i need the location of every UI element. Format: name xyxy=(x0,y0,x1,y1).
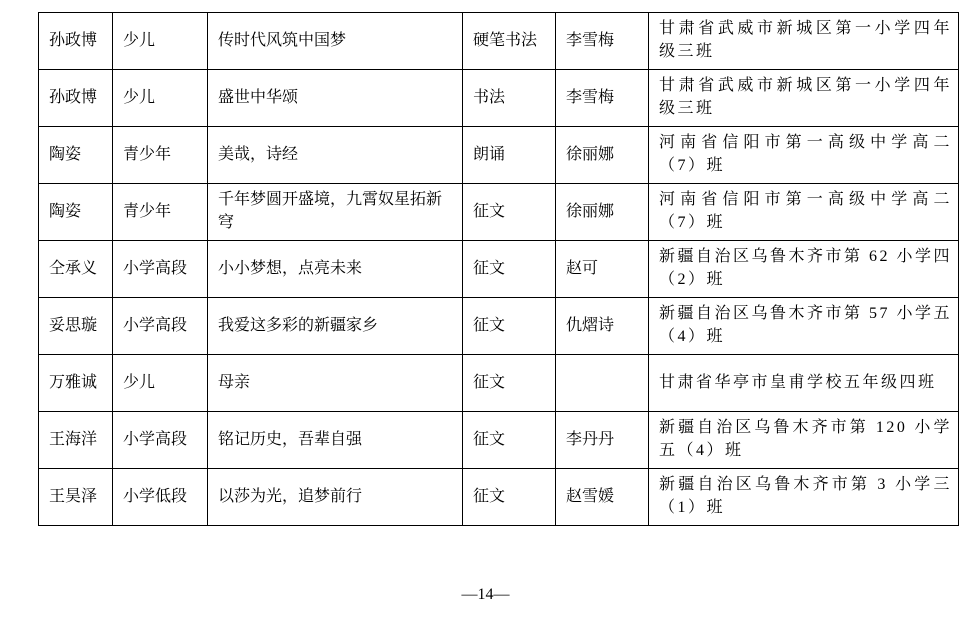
results-table: 孙政博少儿传时代风筑中国梦硬笔书法李雪梅甘肃省武威市新城区第一小学四年级三班孙政… xyxy=(38,12,959,526)
table-row: 王昊泽小学低段以莎为光，追梦前行征文赵雪媛新疆自治区乌鲁木齐市第 3 小学三（1… xyxy=(39,469,959,526)
cell-category: 征文 xyxy=(463,184,556,241)
cell-teacher: 徐丽娜 xyxy=(556,127,649,184)
cell-title: 以莎为光，追梦前行 xyxy=(208,469,463,526)
cell-title: 铭记历史，吾辈自强 xyxy=(208,412,463,469)
cell-name: 王海洋 xyxy=(39,412,113,469)
cell-group: 小学低段 xyxy=(113,469,208,526)
cell-teacher: 赵雪媛 xyxy=(556,469,649,526)
cell-teacher: 李雪梅 xyxy=(556,13,649,70)
cell-group: 小学高段 xyxy=(113,241,208,298)
table-row: 孙政博少儿传时代风筑中国梦硬笔书法李雪梅甘肃省武威市新城区第一小学四年级三班 xyxy=(39,13,959,70)
cell-title: 美哉，诗经 xyxy=(208,127,463,184)
cell-title: 千年梦圆开盛境，九霄奴星拓新穹 xyxy=(208,184,463,241)
cell-group: 青少年 xyxy=(113,127,208,184)
cell-school: 甘肃省华亭市皇甫学校五年级四班 xyxy=(649,355,959,412)
cell-group: 青少年 xyxy=(113,184,208,241)
table-row: 陶姿青少年美哉，诗经朗诵徐丽娜河南省信阳市第一高级中学高二（7）班 xyxy=(39,127,959,184)
cell-group: 少儿 xyxy=(113,70,208,127)
cell-category: 征文 xyxy=(463,412,556,469)
cell-group: 少儿 xyxy=(113,355,208,412)
cell-name: 仝承义 xyxy=(39,241,113,298)
cell-title: 我爱这多彩的新疆家乡 xyxy=(208,298,463,355)
cell-school: 新疆自治区乌鲁木齐市第 3 小学三（1）班 xyxy=(649,469,959,526)
page-number: —14— xyxy=(0,586,971,604)
cell-title: 小小梦想，点亮未来 xyxy=(208,241,463,298)
cell-group: 小学高段 xyxy=(113,298,208,355)
cell-category: 征文 xyxy=(463,469,556,526)
cell-group: 小学高段 xyxy=(113,412,208,469)
cell-teacher: 李雪梅 xyxy=(556,70,649,127)
cell-category: 征文 xyxy=(463,298,556,355)
cell-group: 少儿 xyxy=(113,13,208,70)
table-row: 万雅诚少儿母亲征文甘肃省华亭市皇甫学校五年级四班 xyxy=(39,355,959,412)
cell-name: 妥思璇 xyxy=(39,298,113,355)
table-row: 仝承义小学高段小小梦想，点亮未来征文赵可新疆自治区乌鲁木齐市第 62 小学四（2… xyxy=(39,241,959,298)
cell-category: 朗诵 xyxy=(463,127,556,184)
cell-school: 甘肃省武威市新城区第一小学四年级三班 xyxy=(649,70,959,127)
cell-name: 孙政博 xyxy=(39,13,113,70)
table-row: 孙政博少儿盛世中华颂书法李雪梅甘肃省武威市新城区第一小学四年级三班 xyxy=(39,70,959,127)
cell-teacher: 赵可 xyxy=(556,241,649,298)
cell-school: 新疆自治区乌鲁木齐市第 62 小学四（2）班 xyxy=(649,241,959,298)
results-table-body: 孙政博少儿传时代风筑中国梦硬笔书法李雪梅甘肃省武威市新城区第一小学四年级三班孙政… xyxy=(39,13,959,526)
cell-name: 陶姿 xyxy=(39,184,113,241)
cell-category: 书法 xyxy=(463,70,556,127)
cell-school: 河南省信阳市第一高级中学高二（7）班 xyxy=(649,127,959,184)
cell-title: 母亲 xyxy=(208,355,463,412)
cell-title: 传时代风筑中国梦 xyxy=(208,13,463,70)
cell-category: 硬笔书法 xyxy=(463,13,556,70)
cell-category: 征文 xyxy=(463,355,556,412)
cell-school: 新疆自治区乌鲁木齐市第 120 小学五（4）班 xyxy=(649,412,959,469)
cell-teacher: 徐丽娜 xyxy=(556,184,649,241)
cell-teacher: 仇熠诗 xyxy=(556,298,649,355)
cell-title: 盛世中华颂 xyxy=(208,70,463,127)
cell-category: 征文 xyxy=(463,241,556,298)
cell-school: 甘肃省武威市新城区第一小学四年级三班 xyxy=(649,13,959,70)
cell-school: 新疆自治区乌鲁木齐市第 57 小学五（4）班 xyxy=(649,298,959,355)
cell-name: 陶姿 xyxy=(39,127,113,184)
cell-teacher: 李丹丹 xyxy=(556,412,649,469)
table-row: 陶姿青少年千年梦圆开盛境，九霄奴星拓新穹征文徐丽娜河南省信阳市第一高级中学高二（… xyxy=(39,184,959,241)
cell-name: 孙政博 xyxy=(39,70,113,127)
cell-name: 万雅诚 xyxy=(39,355,113,412)
cell-name: 王昊泽 xyxy=(39,469,113,526)
cell-teacher xyxy=(556,355,649,412)
table-row: 妥思璇小学高段我爱这多彩的新疆家乡征文仇熠诗新疆自治区乌鲁木齐市第 57 小学五… xyxy=(39,298,959,355)
cell-school: 河南省信阳市第一高级中学高二（7）班 xyxy=(649,184,959,241)
table-row: 王海洋小学高段铭记历史，吾辈自强征文李丹丹新疆自治区乌鲁木齐市第 120 小学五… xyxy=(39,412,959,469)
